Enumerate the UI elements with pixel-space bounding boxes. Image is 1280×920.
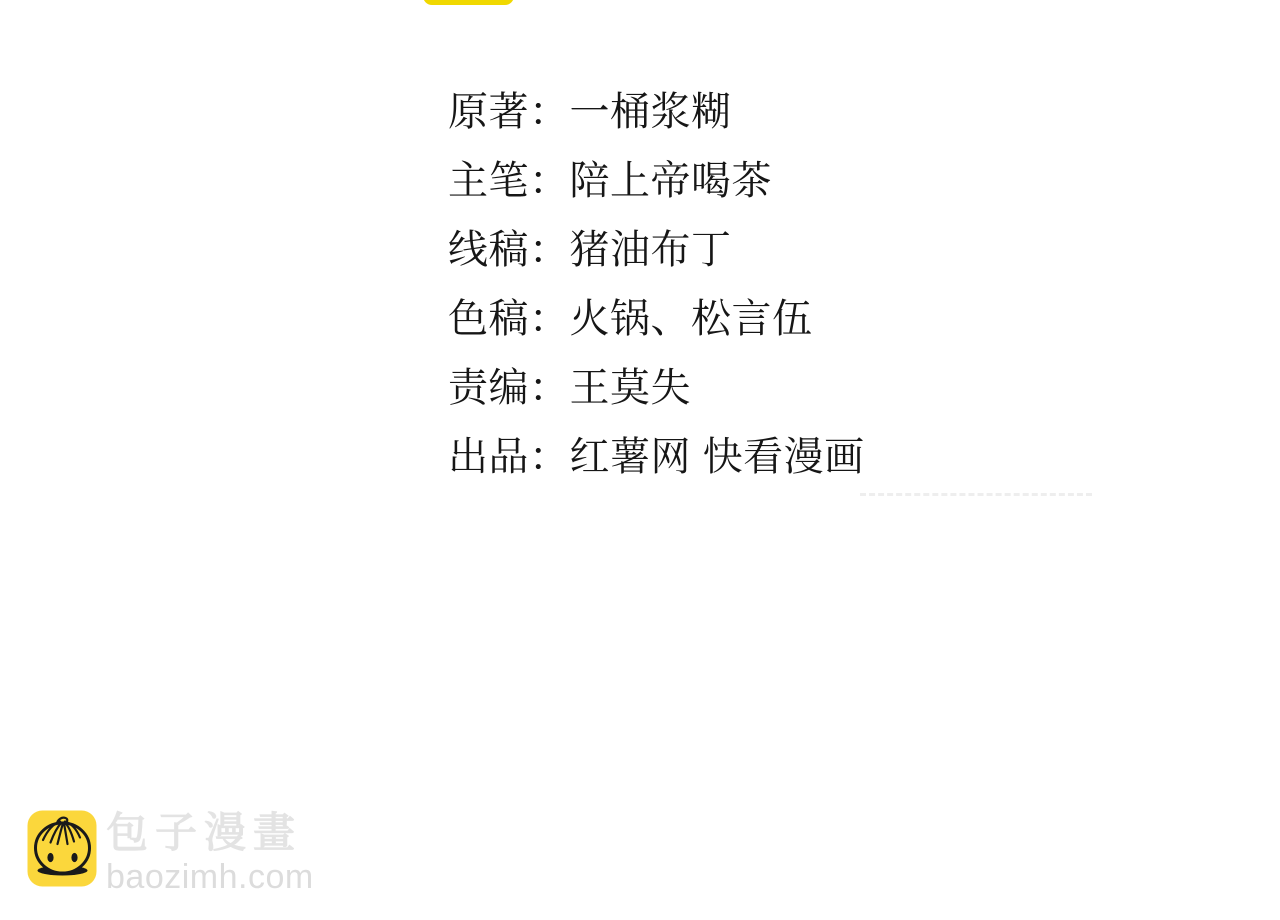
bun-eye-right (71, 853, 77, 862)
watermark: 包子漫畫 baozimh.com (27, 810, 314, 897)
credit-label: 主笔 (448, 159, 529, 203)
bun-body (36, 823, 90, 873)
credit-row-production: 出品：红薯网 快看漫画 (448, 423, 865, 492)
credit-name: 王莫失 (570, 366, 692, 410)
credit-row-original-author: 原著：一桶浆糊 (448, 78, 865, 147)
baozi-logo-icon (27, 810, 97, 887)
bun-eye-left (47, 853, 53, 862)
credit-separator: ： (529, 354, 570, 423)
watermark-site-domain: baozimh.com (106, 858, 314, 897)
credit-label: 色稿 (448, 297, 529, 341)
credit-name: 猪油布丁 (570, 228, 732, 272)
credit-name: 火锅、松言伍 (570, 297, 813, 341)
credit-row-lead-artist: 主笔：陪上帝喝茶 (448, 147, 865, 216)
comic-credits-page: 原著：一桶浆糊 主笔：陪上帝喝茶 线稿：猪油布丁 色稿：火锅、松言伍 责编：王莫… (0, 0, 1280, 920)
credit-separator: ： (529, 147, 570, 216)
credit-label: 原著 (448, 90, 529, 134)
credit-label: 线稿 (448, 228, 529, 272)
credit-separator: ： (529, 216, 570, 285)
credit-name: 一桶浆糊 (570, 90, 732, 134)
credit-name: 红薯网 快看漫画 (570, 435, 865, 479)
watermark-text: 包子漫畫 baozimh.com (106, 810, 314, 897)
credit-row-line-art: 线稿：猪油布丁 (448, 216, 865, 285)
credit-name: 陪上帝喝茶 (570, 159, 773, 203)
credit-row-editor: 责编：王莫失 (448, 354, 865, 423)
faint-dashed-artifact (860, 493, 1092, 496)
watermark-site-name: 包子漫畫 (106, 812, 314, 855)
title-banner-remnant (423, 0, 514, 5)
credit-label: 出品 (448, 435, 529, 479)
credit-label: 责编 (448, 366, 529, 410)
credits-list: 原著：一桶浆糊 主笔：陪上帝喝茶 线稿：猪油布丁 色稿：火锅、松言伍 责编：王莫… (448, 78, 865, 492)
credit-separator: ： (529, 78, 570, 147)
credit-row-coloring: 色稿：火锅、松言伍 (448, 285, 865, 354)
credit-separator: ： (529, 423, 570, 492)
credit-separator: ： (529, 285, 570, 354)
